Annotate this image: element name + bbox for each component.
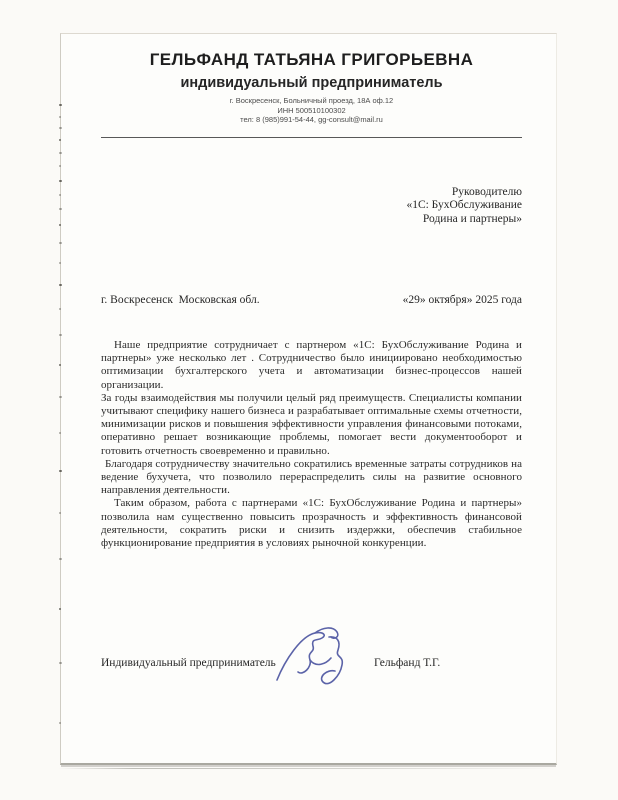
page-edge-mark <box>59 242 62 244</box>
page-edge-mark <box>59 334 62 336</box>
page-edge-mark <box>59 470 62 472</box>
page-edge-mark <box>59 139 61 141</box>
page-edge-mark <box>59 722 61 724</box>
letterhead-inn: ИНН 500510100302 <box>101 106 522 116</box>
page-edge-mark <box>59 208 62 210</box>
letterhead: ГЕЛЬФАНД ТАТЬЯНА ГРИГОРЬЕВНА индивидуаль… <box>101 50 522 125</box>
page-edge-mark <box>59 662 62 664</box>
entrepreneur-title: индивидуальный предприниматель <box>101 75 522 92</box>
page-edge-mark <box>59 432 61 434</box>
scanned-letter: ГЕЛЬФАНД ТАТЬЯНА ГРИГОРЬЕВНА индивидуаль… <box>0 0 618 800</box>
signer-name: Гельфанд Т.Г. <box>374 657 440 669</box>
page-edge-mark <box>59 284 62 286</box>
page-edge-mark <box>59 224 61 226</box>
addressee-line1: Руководителю <box>101 186 522 200</box>
paragraph-1: Наше предприятие сотрудничает с партнеро… <box>101 339 522 392</box>
page-bottom-shadow <box>58 768 558 769</box>
letterhead-address: г. Воскресенск, Больничный проезд, 18А о… <box>101 96 522 106</box>
page-edge-mark <box>59 608 61 610</box>
page-edge-mark <box>59 364 61 366</box>
page-edge-mark <box>59 558 62 560</box>
page-edge-mark <box>59 180 62 182</box>
page-edge-mark <box>59 127 62 129</box>
letterhead-divider <box>101 137 522 138</box>
letter-place: г. Воскресенск Московская обл. <box>101 294 260 306</box>
page-edge-mark <box>59 512 61 514</box>
dateline: г. Воскресенск Московская обл. «29» октя… <box>101 294 522 306</box>
addressee-line3: Родина и партнеры» <box>101 213 522 227</box>
letter-page: ГЕЛЬФАНД ТАТЬЯНА ГРИГОРЬЕВНА индивидуаль… <box>60 33 557 765</box>
signature-block: Индивидуальный предприниматель Гельфанд … <box>101 624 522 714</box>
addressee-block: Руководителю «1С: БухОбслуживание Родина… <box>101 186 522 227</box>
letterhead-phone-email: тел: 8 (985)991-54-44, gg-consult@mail.r… <box>101 115 522 125</box>
page-edge-mark <box>59 104 62 106</box>
paragraph-4: Таким образом, работа с партнерами «1С: … <box>101 497 522 550</box>
page-edge-mark <box>59 152 62 154</box>
page-edge-mark <box>59 262 61 264</box>
letter-body: Наше предприятие сотрудничает с партнеро… <box>101 339 522 550</box>
letter-date: «29» октября» 2025 года <box>403 294 522 306</box>
page-edge-mark <box>59 194 61 196</box>
letterhead-contacts: г. Воскресенск, Больничный проезд, 18А о… <box>101 96 522 125</box>
addressee-line2: «1С: БухОбслуживание <box>101 199 522 213</box>
handwritten-signature-icon <box>271 624 369 702</box>
entrepreneur-name: ГЕЛЬФАНД ТАТЬЯНА ГРИГОРЬЕВНА <box>101 50 522 70</box>
page-edge-mark <box>59 308 61 310</box>
paragraph-3: Благодаря сотрудничеству значительно сок… <box>101 458 522 498</box>
page-edge-mark <box>59 165 61 167</box>
signer-role: Индивидуальный предприниматель <box>101 657 276 669</box>
page-edge-mark <box>59 396 62 398</box>
paragraph-2: За годы взаимодействия мы получили целый… <box>101 392 522 458</box>
page-edge-mark <box>59 116 61 118</box>
